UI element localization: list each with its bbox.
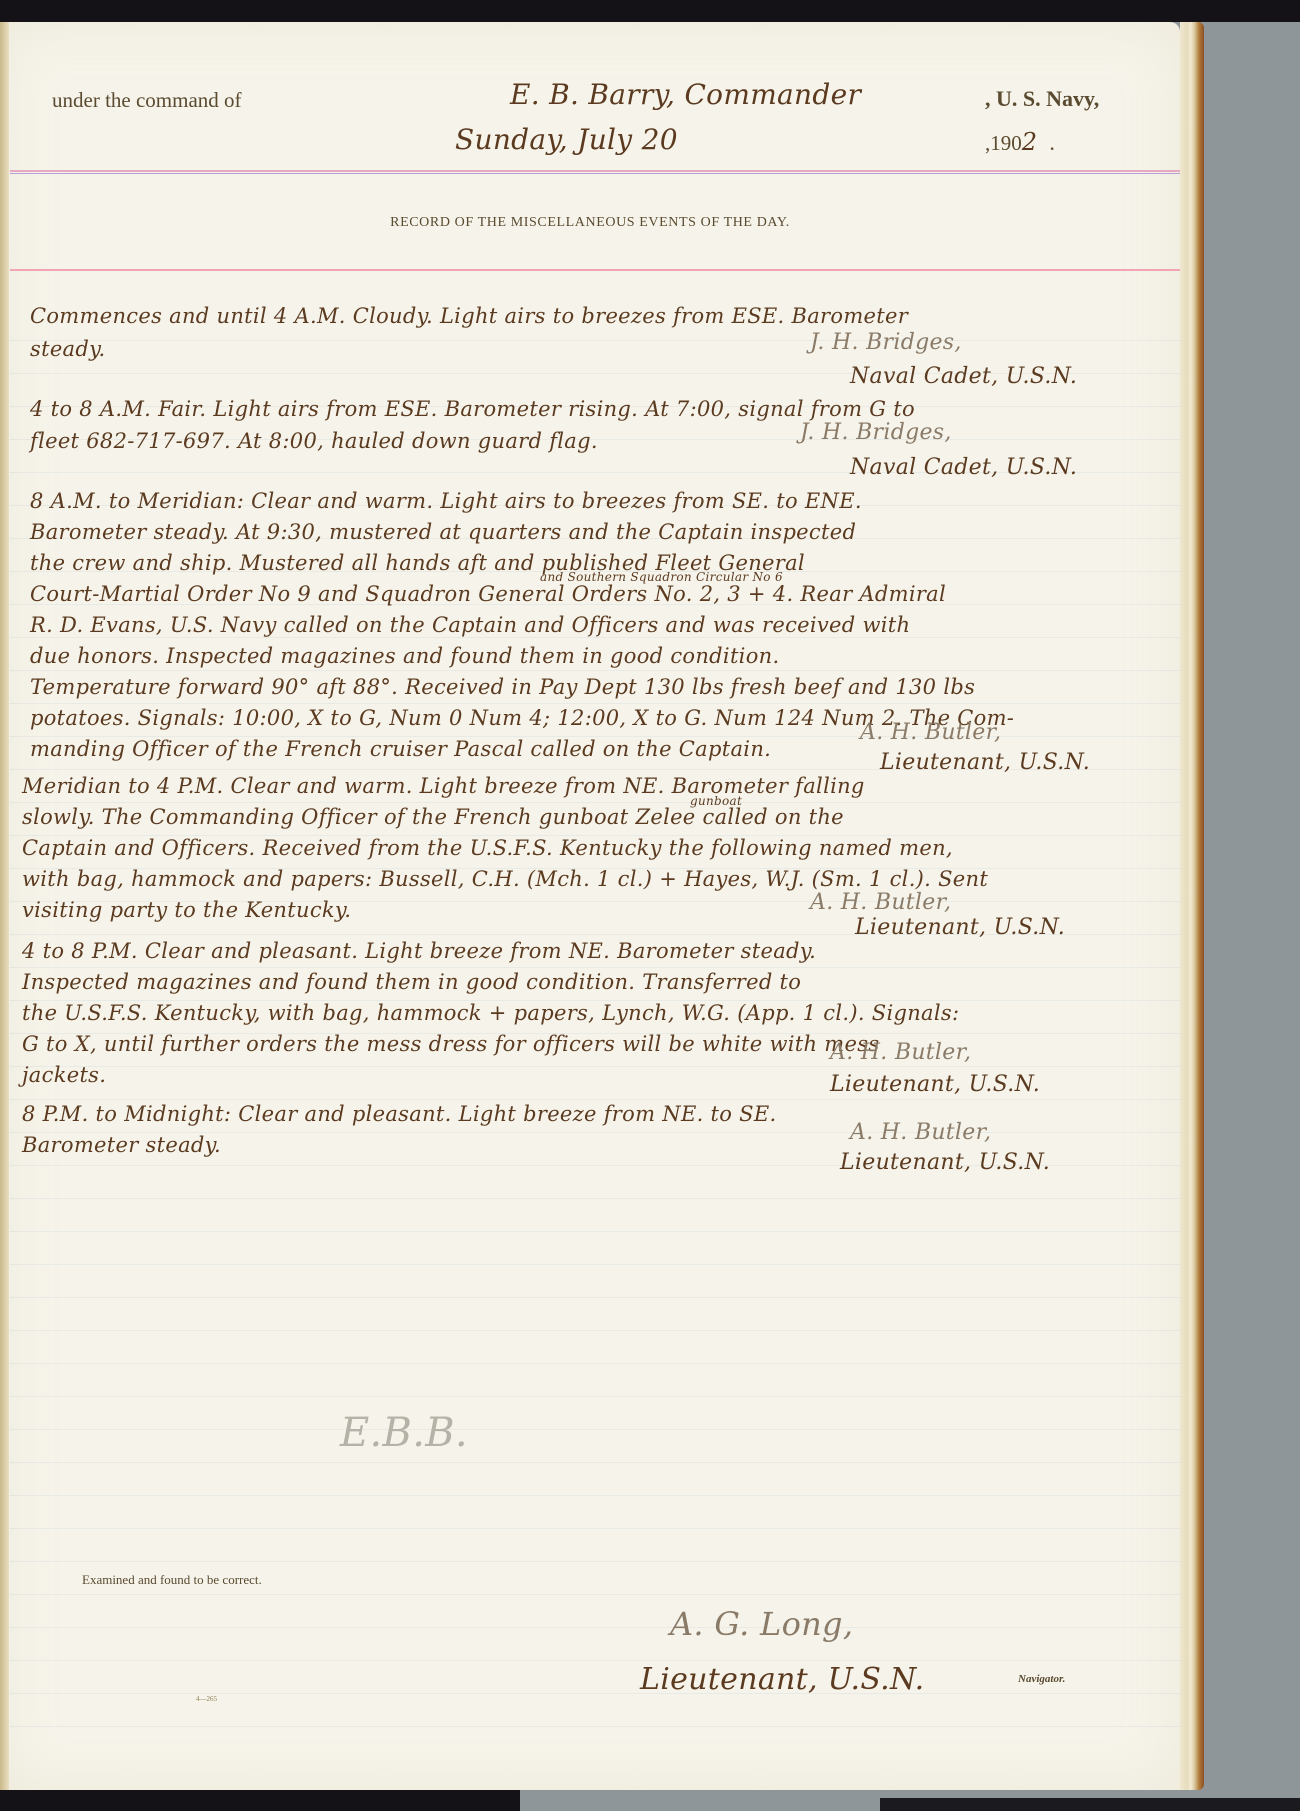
entry-line: the U.S.F.S. Kentucky, with bag, hammock… xyxy=(22,997,959,1030)
navigator-rank: Lieutenant, U.S.N. xyxy=(640,1662,924,1697)
year-digit: 2 xyxy=(1022,128,1038,156)
binding-edge xyxy=(0,22,9,1790)
rule-line xyxy=(10,1726,1180,1727)
rule-line xyxy=(10,1693,1180,1694)
signature-rank: Lieutenant, U.S.N. xyxy=(830,1072,1040,1097)
form-number: 4—265 xyxy=(196,1695,217,1703)
year-prefix: ,190 xyxy=(985,131,1022,155)
entry-line: Barometer steady. xyxy=(22,1129,221,1162)
rule-line xyxy=(10,1462,1180,1463)
entry-line: Temperature forward 90° aft 88°. Receive… xyxy=(30,671,975,704)
background-bottom-right xyxy=(880,1798,1300,1811)
entry-line: 8 P.M. to Midnight: Clear and pleasant. … xyxy=(22,1098,776,1131)
signature-rank: Naval Cadet, U.S.N. xyxy=(850,364,1077,389)
rule-line xyxy=(10,1528,1180,1529)
rule-line xyxy=(10,1066,1180,1067)
entry-line: fleet 682-717-697. At 8:00, hauled down … xyxy=(30,425,598,458)
entry-line: 8 A.M. to Meridian: Clear and warm. Ligh… xyxy=(30,485,862,518)
upper-rule-blue xyxy=(10,173,1180,174)
year-field: ,1902. xyxy=(985,128,1055,156)
rule-line xyxy=(10,1297,1180,1298)
background-top xyxy=(0,0,1300,22)
command-label: under the command of xyxy=(52,88,242,113)
entry-line: Barometer steady. At 9:30, mustered at q… xyxy=(30,516,856,549)
signature-rank: Lieutenant, U.S.N. xyxy=(840,1150,1050,1175)
rule-line xyxy=(10,1396,1180,1397)
rule-line xyxy=(10,1660,1180,1661)
signature: A. H. Butler, xyxy=(810,890,951,915)
rule-line xyxy=(10,1561,1180,1562)
signature-rank: Naval Cadet, U.S.N. xyxy=(850,455,1077,480)
rule-line xyxy=(10,1495,1180,1496)
lower-rule-pink xyxy=(10,269,1180,271)
entry-line: Commences and until 4 A.M. Cloudy. Light… xyxy=(30,300,908,333)
rule-line xyxy=(10,1627,1180,1628)
rule-line xyxy=(10,1594,1180,1595)
entry-line: manding Officer of the French cruiser Pa… xyxy=(30,733,771,766)
entry-line: R. D. Evans, U.S. Navy called on the Cap… xyxy=(30,609,910,642)
rule-line xyxy=(10,1198,1180,1199)
commander-name: E. B. Barry, Commander xyxy=(510,78,861,111)
entry-line: steady. xyxy=(30,333,105,366)
signature: A. H. Butler, xyxy=(850,1120,991,1145)
interlinear-note: gunboat xyxy=(690,794,742,808)
entry-line: 4 to 8 P.M. Clear and pleasant. Light br… xyxy=(22,935,816,968)
section-title: RECORD OF THE MISCELLANEOUS EVENTS OF TH… xyxy=(0,215,1180,231)
entry-line: visiting party to the Kentucky. xyxy=(22,894,351,927)
rule-line xyxy=(10,1363,1180,1364)
entry-line: Court-Martial Order No 9 and Squadron Ge… xyxy=(30,578,946,611)
signature: J. H. Bridges, xyxy=(800,420,952,445)
rule-line xyxy=(10,1231,1180,1232)
entry-line: Inspected magazines and found them in go… xyxy=(22,966,801,999)
signature: J. H. Bridges, xyxy=(810,330,962,355)
signature: A. H. Butler, xyxy=(860,720,1001,745)
rule-line xyxy=(10,340,1180,341)
navigator-label: Navigator. xyxy=(1018,1673,1065,1685)
signature-rank: Lieutenant, U.S.N. xyxy=(855,915,1065,940)
examined-label: Examined and found to be correct. xyxy=(82,1572,262,1588)
entry-line: G to X, until further orders the mess dr… xyxy=(22,1028,879,1061)
rule-line xyxy=(10,1330,1180,1331)
date-handwritten: Sunday, July 20 xyxy=(455,123,678,156)
page-edge xyxy=(1180,22,1204,1790)
signature-rank: Lieutenant, U.S.N. xyxy=(880,750,1090,775)
pencil-initials: E.B.B. xyxy=(340,1410,468,1456)
rule-line xyxy=(10,1429,1180,1430)
entry-line: jackets. xyxy=(22,1059,106,1092)
signature: A. H. Butler, xyxy=(830,1040,971,1065)
rule-line xyxy=(10,1264,1180,1265)
entry-line: 4 to 8 A.M. Fair. Light airs from ESE. B… xyxy=(30,393,915,426)
navigator-signature: A. G. Long, xyxy=(670,1605,853,1643)
entry-line: Captain and Officers. Received from the … xyxy=(22,832,953,865)
navy-label: , U. S. Navy, xyxy=(985,86,1099,112)
year-period: . xyxy=(1049,130,1055,155)
upper-rule-pink xyxy=(10,170,1180,172)
entry-line: due honors. Inspected magazines and foun… xyxy=(30,640,779,673)
